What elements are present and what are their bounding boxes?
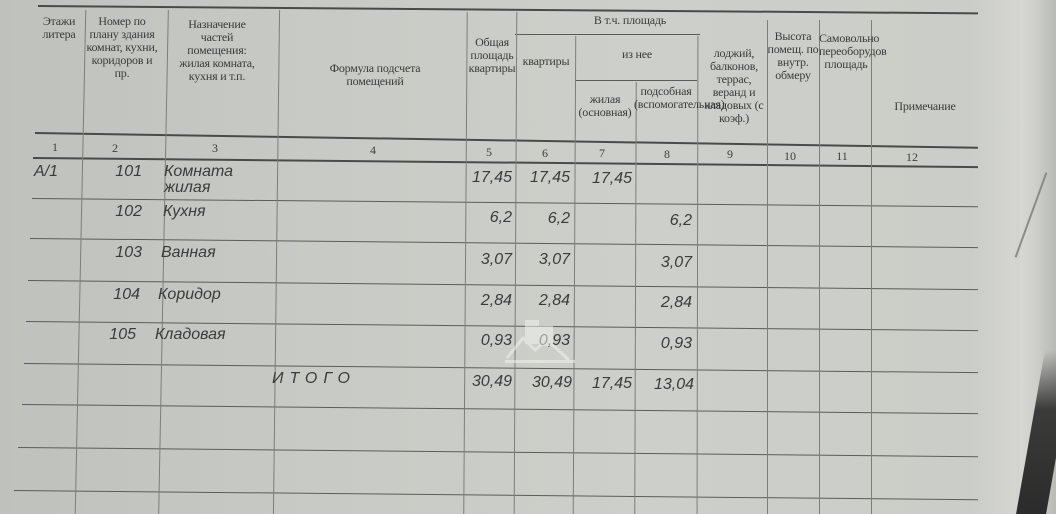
total-label: ИТОГО <box>272 371 356 387</box>
apartment-area-cell: 17,45 <box>516 170 570 186</box>
column-number: 10 <box>775 149 805 164</box>
column-number: 8 <box>652 147 682 162</box>
header-auxiliary: подсобная (вспомогательная) <box>634 85 698 111</box>
total-area-cell: 6,2 <box>462 210 512 226</box>
column-number: 11 <box>827 149 857 164</box>
column-number: 5 <box>474 145 504 160</box>
total-area-cell: 2,84 <box>462 293 512 309</box>
purpose-cell: Ванная <box>161 245 216 261</box>
header-loggia: лоджий, балконов, террас, веранд и кладо… <box>700 47 768 125</box>
apartment-area-cell: 2,84 <box>516 293 570 309</box>
column-number: 9 <box>715 147 745 162</box>
header-living: жилая (основная) <box>576 93 634 119</box>
header-apartment: квартиры <box>518 55 574 68</box>
living-area-sum: 17,45 <box>576 376 632 392</box>
room-number-cell: 105 <box>90 327 136 343</box>
header-unauthorized: Самовольно переоборудов площадь <box>819 32 873 71</box>
column-number: 2 <box>100 141 130 156</box>
auxiliary-area-sum: 13,04 <box>636 377 694 393</box>
header-total-area: Общая площадь квартиры <box>468 36 516 75</box>
subgroup-divider <box>575 80 697 81</box>
column-number: 1 <box>40 140 70 155</box>
purpose-cell: Кладовая <box>155 327 226 343</box>
header-room-number: Номер по плану здания комнат, кухни, кор… <box>84 15 160 80</box>
header-note: Примечание <box>872 100 978 113</box>
apartment-area-cell: 6,2 <box>516 211 570 227</box>
auxiliary-area-cell: 6,2 <box>636 213 692 229</box>
header-of-it: из нее <box>578 48 696 61</box>
room-number-cell: 101 <box>96 164 142 180</box>
living-area-cell: 17,45 <box>576 171 632 187</box>
header-formula: Формула подсчета помещений <box>300 62 450 88</box>
watermark-logo-icon <box>505 318 575 366</box>
auxiliary-area-cell: 3,07 <box>636 255 692 271</box>
total-area-cell: 3,07 <box>462 252 512 268</box>
room-number-cell: 104 <box>94 287 140 303</box>
room-number-cell: 102 <box>96 204 142 220</box>
room-number-cell: 103 <box>96 245 142 261</box>
header-floors: Этажи литера <box>36 15 82 41</box>
floor-cell: А/1 <box>34 164 58 180</box>
total-area-sum: 30,49 <box>460 374 512 390</box>
column-divider <box>819 20 820 514</box>
header-height: Высота помещ. по внутр. обмеру <box>767 30 819 82</box>
auxiliary-area-cell: 2,84 <box>636 295 692 311</box>
column-number: 4 <box>358 143 388 158</box>
apartment-area-sum: 30,49 <box>516 375 572 391</box>
column-divider <box>871 20 872 514</box>
purpose-cell: Коридор <box>158 287 221 303</box>
purpose-cell: Комната жилая <box>164 164 264 196</box>
column-number: 6 <box>530 146 560 161</box>
column-number: 12 <box>897 150 927 165</box>
group-divider <box>515 34 700 35</box>
total-area-cell: 17,45 <box>462 170 512 186</box>
column-number: 3 <box>200 141 230 156</box>
purpose-cell: Кухня <box>163 204 206 220</box>
header-purpose: Назначение частей помещения: жилая комна… <box>172 18 262 83</box>
header-incl-area: В т.ч. площадь <box>540 14 720 27</box>
auxiliary-area-cell: 0,93 <box>636 336 692 352</box>
column-number: 7 <box>587 146 617 161</box>
apartment-area-cell: 3,07 <box>516 252 570 268</box>
